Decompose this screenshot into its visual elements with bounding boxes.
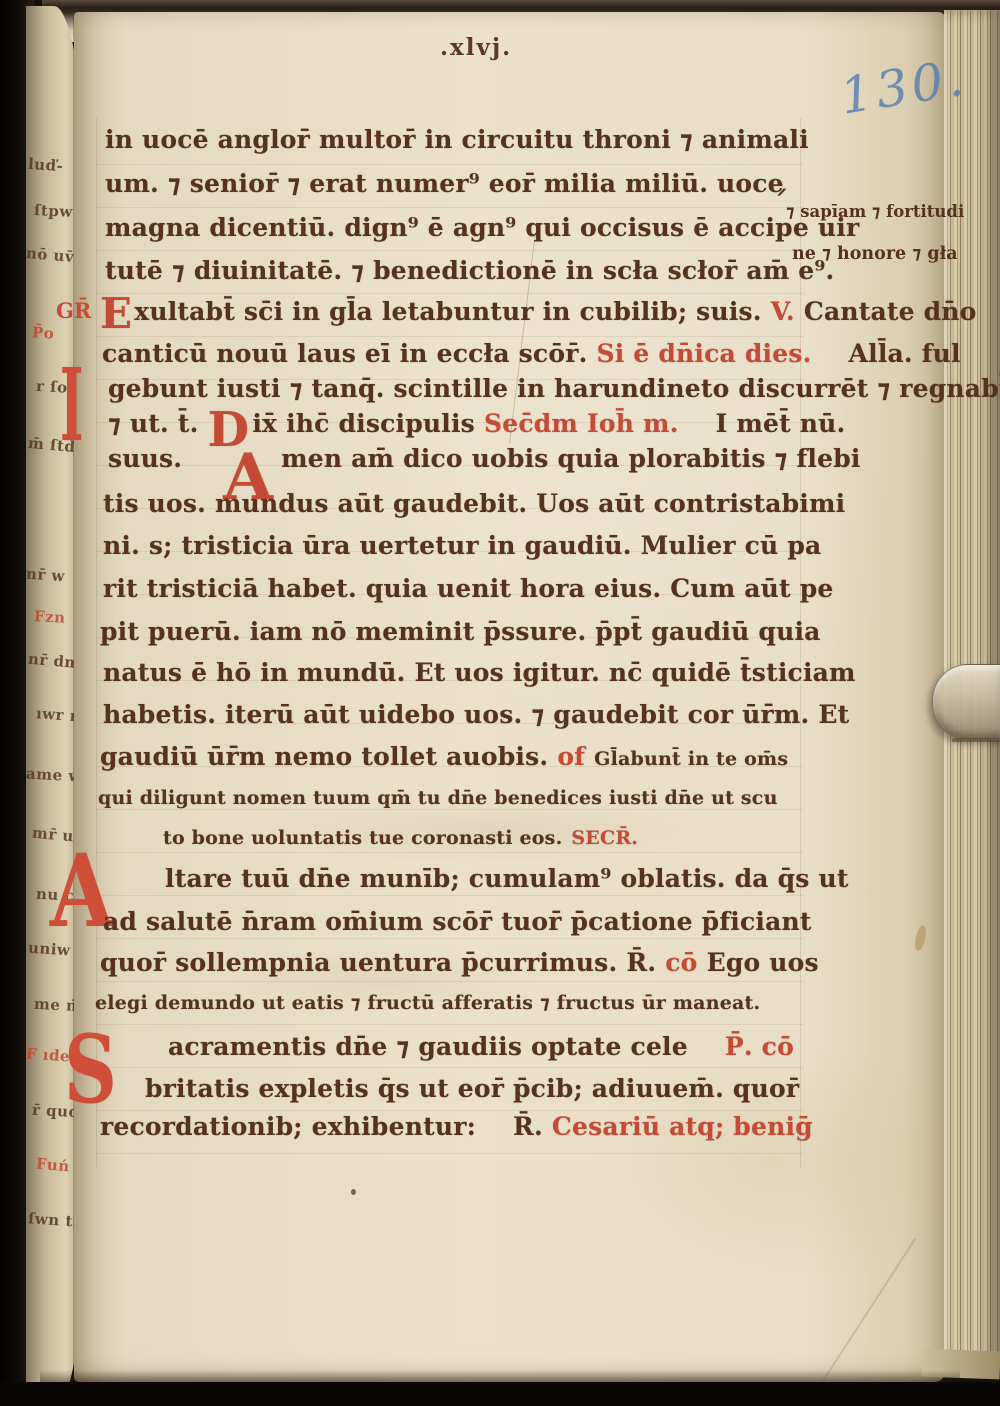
text-segment: canticū nouū laus eī in eccła scōr̄.	[102, 339, 588, 368]
text-segment: All̄a. ful	[849, 339, 961, 368]
text-segment: britatis expletis q̄s ut eor̄ p̄cib; adi…	[145, 1074, 799, 1103]
text-segment: Cantate dn̄o	[804, 297, 977, 326]
facing-page-text-fragment: Fuń	[35, 1155, 70, 1176]
text-segment: elegi demundo ut eatis ⁊ fructū afferati…	[95, 992, 760, 1014]
manuscript-line: ni. s; tristicia ūra uertetur in gaudiū.…	[103, 531, 830, 561]
rubric-segment: cō	[665, 948, 697, 977]
manuscript-line: Exultabt̄ sc̄i in gl̄a letabuntur in cub…	[100, 297, 986, 327]
clasp-slot	[952, 738, 1000, 742]
text-segment: to bone uoluntatis tue coronasti eos.	[163, 827, 562, 849]
text-segment: tutē ⁊ diuinitatē. ⁊ benedictionē in scł…	[105, 256, 834, 285]
manuscript-line: gaudiū ūr̄m nemo tollet auobis.ofGl̄abun…	[100, 742, 797, 774]
facing-page-text-fragment: luď-	[27, 155, 63, 175]
text-segment: men am̄ dico uobis quia plorabitis ⁊ fle…	[281, 444, 861, 473]
text-segment: Gl̄abunt̄ in te om̄s	[594, 748, 788, 770]
rubric-segment: P̄. cō	[725, 1032, 794, 1061]
facing-page-text-fragment: P̄o	[31, 323, 54, 343]
text-segment: ad salutē n̄ram om̄ium scōr̄ tuor̄ p̄cat…	[103, 907, 812, 936]
rubric-segment: V.	[771, 297, 795, 326]
text-segment: gaudiū ūr̄m nemo tollet auobis.	[100, 742, 548, 771]
text-segment: recordationib; exhibentur:	[100, 1112, 476, 1141]
manuscript-line: recordationib; exhibentur:R̄.Cesariū atq…	[100, 1112, 822, 1142]
manuscript-line: um. ⁊ senior̄ ⁊ erat numer⁹ eor̄ milia m…	[105, 169, 793, 199]
manuscript-photo: luď-ſtpwnō uv̄P̄or ſoım̄ ſtdnr̄ wFznnr̄ …	[0, 0, 1000, 1406]
text-segment: acramentis dn̄e ⁊ gaudiis optate cele	[168, 1032, 688, 1061]
manuscript-line: magna dicentiū. dign⁹ ē agn⁹ qui occisus…	[105, 213, 868, 243]
gradual-rubric-label: GR̄	[56, 298, 91, 323]
manuscript-line: tutē ⁊ diuinitatē. ⁊ benedictionē in scł…	[105, 256, 843, 286]
ink-speck	[351, 1189, 356, 1195]
manuscript-line: gebunt iusti ⁊ tanq̄. scintille in harun…	[108, 374, 1000, 404]
facing-page-text-fragment: nr̄ w	[26, 565, 66, 586]
manuscript-line: canticū nouū laus eī in eccła scōr̄.Si ē…	[102, 339, 970, 369]
text-segment: pit puerū. iam nō meminit p̄ssure. p̄pt̄…	[100, 617, 821, 646]
manuscript-line: habetis. iterū aūt uidebo uos. ⁊ gaudebi…	[103, 700, 858, 730]
text-segment: ni. s; tristicia ūra uertetur in gaudiū.…	[103, 531, 821, 560]
rubric-segment: Cesariū atq; beniḡ	[552, 1112, 813, 1141]
text-segment: ⁊ ut. t̄.	[108, 409, 199, 438]
text-segment: tis uos. mundus aūt gaudebit. Uos aūt co…	[103, 489, 845, 518]
manuscript-line: natus ē hō in mundū. Et uos igitur. nc̄ …	[103, 658, 865, 688]
text-segment: qui diligunt nomen tuum qm̄ tu dn̄e bene…	[98, 787, 778, 809]
folio-number-roman: .xlvj.	[440, 34, 512, 61]
red-initial-i: I	[60, 360, 83, 450]
manuscript-line: quor̄ sollempnia uentura p̄currimus.R̄.c…	[100, 948, 828, 978]
text-segment: rit tristiciā habet. quia uenit hora eiu…	[103, 574, 834, 603]
manuscript-line: pit puerū. iam nō meminit p̄ssure. p̄pt̄…	[100, 617, 830, 647]
facing-page-text-fragment: ſtpw	[34, 201, 74, 221]
text-segment: R̄.	[513, 1112, 543, 1141]
manuscript-line: elegi demundo ut eatis ⁊ fructū afferati…	[95, 991, 769, 1015]
text-segment: Ego uos	[707, 948, 819, 977]
manuscript-line: to bone uoluntatis tue coronasti eos.SEC…	[163, 826, 647, 850]
photo-bottom-edge	[0, 1382, 1000, 1406]
text-segment: quor̄ sollempnia uentura p̄currimus.	[100, 948, 617, 977]
text-segment: um. ⁊ senior̄ ⁊ erat numer⁹ eor̄ milia m…	[105, 169, 784, 198]
text-segment: habetis. iterū aūt uidebo uos. ⁊ gaudebi…	[103, 700, 849, 729]
book-clasp	[932, 664, 1000, 740]
rubric-segment: Si ē dn̄ica dies.	[597, 339, 812, 368]
text-segment: R̄.	[626, 948, 656, 977]
facing-page-text-fragment: Fzn	[34, 607, 66, 627]
rubric-segment: SECR̄.	[571, 827, 638, 849]
text-segment: suus.	[108, 444, 182, 473]
text-segment: gebunt iusti ⁊ tanq̄. scintille in harun…	[108, 374, 1000, 403]
text-segment: ltare tuū dn̄e munīb; cumulam⁹ oblatis. …	[165, 864, 849, 893]
facing-page-text-fragment: nō uv̄	[26, 244, 75, 266]
text-segment: xultabt̄ sc̄i in gl̄a letabuntur in cubi…	[134, 297, 761, 326]
manuscript-line: acramentis dn̄e ⁊ gaudiis optate celeP̄.…	[168, 1032, 803, 1062]
manuscript-line: rit tristiciā habet. quia uenit hora eiu…	[103, 574, 843, 604]
text-segment: ix̄ ihc̄ discipulis	[252, 409, 475, 438]
manuscript-line: tis uos. mundus aūt gaudebit. Uos aūt co…	[103, 489, 854, 519]
manuscript-line: qui diligunt nomen tuum qm̄ tu dn̄e bene…	[98, 786, 787, 810]
manuscript-line: in uocē anglor̄ multor̄ in circuitu thro…	[105, 125, 818, 155]
manuscript-line: suus.Amen am̄ dico uobis quia plorabitis…	[108, 444, 870, 488]
manuscript-line: ad salutē n̄ram om̄ium scōr̄ tuor̄ p̄cat…	[103, 907, 821, 937]
manuscript-line: ⁊ ut. t̄.Dix̄ ihc̄ discipulisSec̄dm Ioh̄…	[108, 409, 854, 440]
manuscript-line: britatis expletis q̄s ut eor̄ p̄cib; adi…	[145, 1074, 808, 1104]
red-initial-s: S	[64, 1028, 117, 1113]
rubric-segment: Sec̄dm Ioh̄ m.	[484, 409, 679, 438]
facing-page-text-fragment: ſwn tı	[27, 1209, 79, 1231]
manuscript-line: ltare tuū dn̄e munīb; cumulam⁹ oblatis. …	[165, 864, 858, 894]
text-segment: magna dicentiū. dign⁹ ē agn⁹ qui occisus…	[105, 213, 859, 242]
rubric-segment: of	[557, 742, 585, 771]
text-segment: natus ē hō in mundū. Et uos igitur. nc̄ …	[103, 658, 856, 687]
text-segment: I mēt̄ nū.	[716, 409, 846, 438]
text-segment: in uocē anglor̄ multor̄ in circuitu thro…	[105, 125, 809, 154]
inline-red-initial: E	[100, 289, 132, 338]
